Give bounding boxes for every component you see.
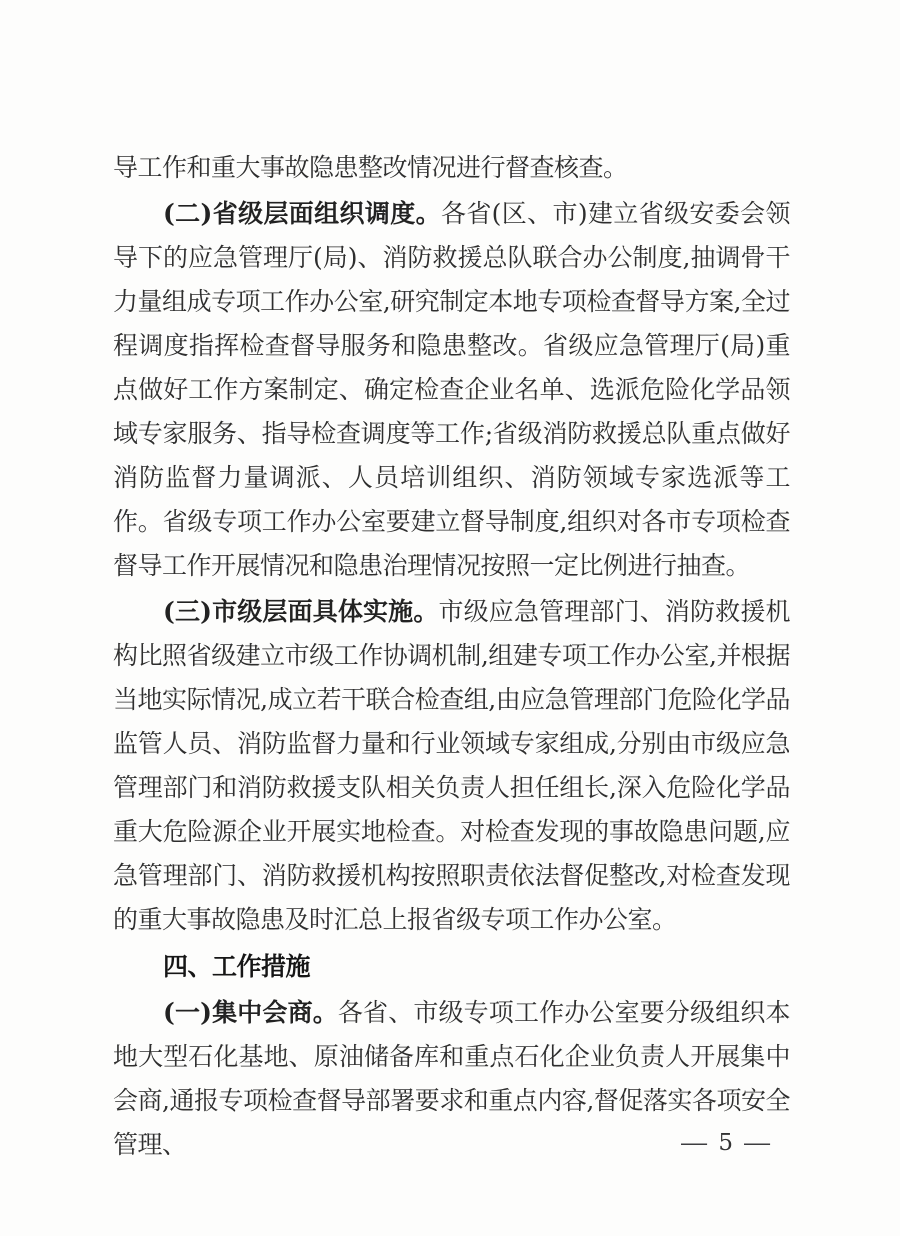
page-number-dash-left: — [680, 1131, 709, 1156]
paragraph-text: 导工作和重大事故隐患整改情况进行督查核查。 [113, 153, 628, 182]
paragraph-continuation: 导工作和重大事故隐患整改情况进行督查核查。 [113, 146, 790, 190]
page-number-value: 5 [718, 1130, 733, 1156]
document-body: 导工作和重大事故隐患整改情况进行督查核查。 (二)省级层面组织调度。各省(区、市… [113, 146, 790, 1167]
paragraph-lead: (一)集中会商。 [163, 998, 338, 1027]
page-number: — 5 — [683, 1130, 768, 1156]
document-page: 导工作和重大事故隐患整改情况进行督查核查。 (二)省级层面组织调度。各省(区、市… [0, 0, 900, 1236]
paragraph-text: 市级应急管理部门、消防救援机构比照省级建立市级工作协调机制,组建专项工作办公室,… [113, 597, 790, 934]
paragraph-lead: (三)市级层面具体实施。 [163, 597, 439, 626]
paragraph-text: 各省(区、市)建立省级安委会领导下的应急管理厅(局)、消防救援总队联合办公制度,… [113, 199, 790, 580]
page-number-dash-right: — [743, 1131, 772, 1156]
paragraph-city-level: (三)市级层面具体实施。市级应急管理部门、消防救援机构比照省级建立市级工作协调机… [113, 590, 790, 942]
paragraph-provincial-level: (二)省级层面组织调度。各省(区、市)建立省级安委会领导下的应急管理厅(局)、消… [113, 192, 790, 588]
section-heading-work-measures: 四、工作措施 [113, 945, 790, 989]
paragraph-lead: (二)省级层面组织调度。 [163, 199, 441, 228]
